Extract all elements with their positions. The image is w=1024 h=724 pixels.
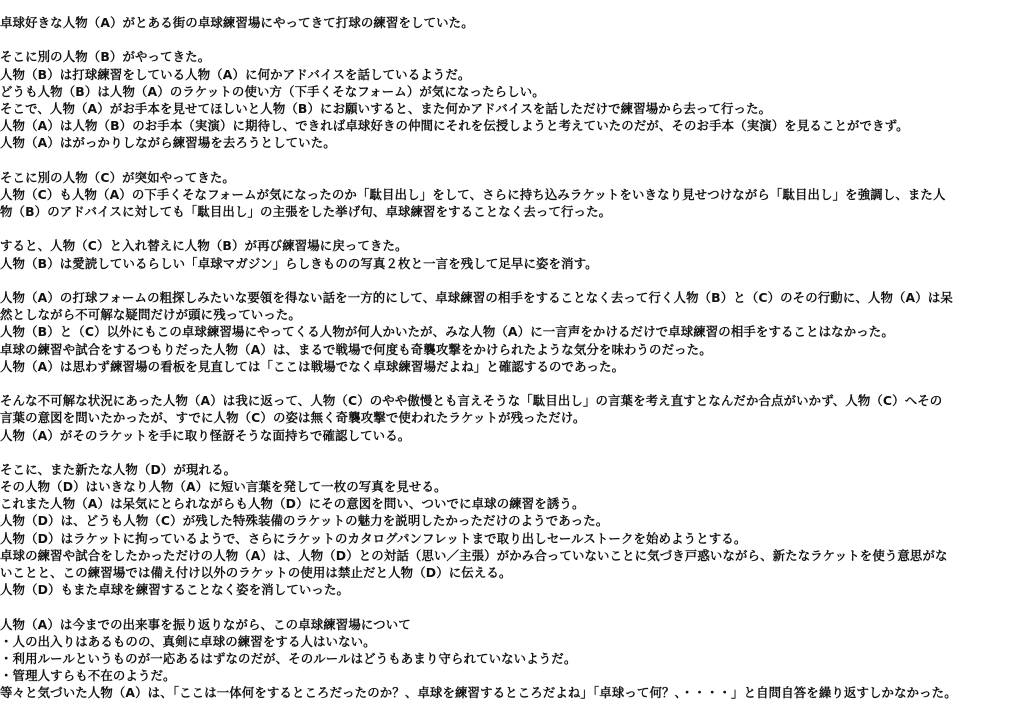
text-line: どうも人物（B）は人物（A）のラケットの使い方（下手くそなフォーム）が気になった… [0,83,1024,100]
text-line: そんな不可解な状況にあった人物（A）は我に返って、人物（C）のやや傲慢とも言えそ… [0,392,1024,409]
blank-line [0,272,1024,289]
blank-line [0,152,1024,169]
text-line: 人物（D）はラケットに拘っているようで、さらにラケットのカタログパンフレットまで… [0,530,1024,547]
text-line: その人物（D）はいきなり人物（A）に短い言葉を発して一枚の写真を見せる。 [0,478,1024,495]
blank-line [0,31,1024,48]
text-line: 人物（A）がそのラケットを手に取り怪訝そうな面持ちで確認している。 [0,427,1024,444]
text-line: すると、人物（C）と入れ替えに人物（B）が再び練習場に戻ってきた。 [0,237,1024,254]
text-line: 人物（A）は思わず練習場の看板を見直しては「ここは戦場でなく卓球練習場だよね」と… [0,358,1024,375]
text-line: 人物（A）は人物（B）のお手本（実演）に期待し、できれば卓球好きの仲間にそれを伝… [0,117,1024,134]
blank-line [0,598,1024,615]
text-line: 人物（D）は、どうも人物（C）が残した特殊装備のラケットの魅力を説明したかっただ… [0,512,1024,529]
text-line: いことと、この練習場では備え付け以外のラケットの使用は禁止だと人物（D）に伝える… [0,564,1024,581]
text-line: 人物（D）もまた卓球を練習することなく姿を消していった。 [0,581,1024,598]
text-line: 人物（A）は今までの出来事を振り返りながら、この卓球練習場について [0,616,1024,633]
text-line: 言葉の意図を問いたかったが、すでに人物（C）の姿は無く奇襲攻撃で使われたラケット… [0,409,1024,426]
text-line: 卓球の練習や試合をするつもりだった人物（A）は、まるで戦場で何度も奇襲攻撃をかけ… [0,341,1024,358]
text-line: 卓球の練習や試合をしたかっただけの人物（A）は、人物（D）との対話（思い／主張）… [0,547,1024,564]
text-line: そこに別の人物（B）がやってきた。 [0,48,1024,65]
bullet-item: ・人の出入りはあるものの、真剣に卓球の練習をする人はいない。 [0,633,1024,650]
text-line: 人物（A）の打球フォームの粗探しみたいな要領を得ない話を一方的にして、卓球練習の… [0,289,1024,306]
text-line: そこに、また新たな人物（D）が現れる。 [0,461,1024,478]
blank-line [0,444,1024,461]
blank-line [0,220,1024,237]
text-line: 人物（A）はがっかりしながら練習場を去ろうとしていた。 [0,134,1024,151]
text-line: 卓球好きな人物（A）がとある街の卓球練習場にやってきて打球の練習をしていた。 [0,14,1024,31]
text-line: 人物（C）も人物（A）の下手くそなフォームが気になったのか「駄目出し」をして、さ… [0,186,1024,203]
text-line: 等々と気づいた人物（A）は、「ここは一体何をするところだったのか？、卓球を練習す… [0,684,1024,701]
blank-line [0,375,1024,392]
text-line: 人物（B）と（C）以外にもこの卓球練習場にやってくる人物が何人かいたが、みな人物… [0,323,1024,340]
document-body: 卓球好きな人物（A）がとある街の卓球練習場にやってきて打球の練習をしていた。 そ… [0,14,1024,702]
text-line: 人物（B）は打球練習をしている人物（A）に何かアドバイスを話しているようだ。 [0,66,1024,83]
text-line: そこで、人物（A）がお手本を見せてほしいと人物（B）にお願いすると、また何かアド… [0,100,1024,117]
text-line: 物（B）のアドバイスに対しても「駄目出し」の主張をした挙げ句、卓球練習をすること… [0,203,1024,220]
text-line: そこに別の人物（C）が突如やってきた。 [0,169,1024,186]
text-line: 然としながら不可解な疑問だけが頭に残っていった。 [0,306,1024,323]
bullet-item: ・管理人すらも不在のようだ。 [0,667,1024,684]
text-line: 人物（B）は愛読しているらしい「卓球マガジン」らしきものの写真２枚と一言を残して… [0,255,1024,272]
bullet-item: ・利用ルールというものが一応あるはずなのだが、そのルールはどうもあまり守られてい… [0,650,1024,667]
text-line: これまた人物（A）は呆気にとられながらも人物（D）にその意図を問い、ついでに卓球… [0,495,1024,512]
